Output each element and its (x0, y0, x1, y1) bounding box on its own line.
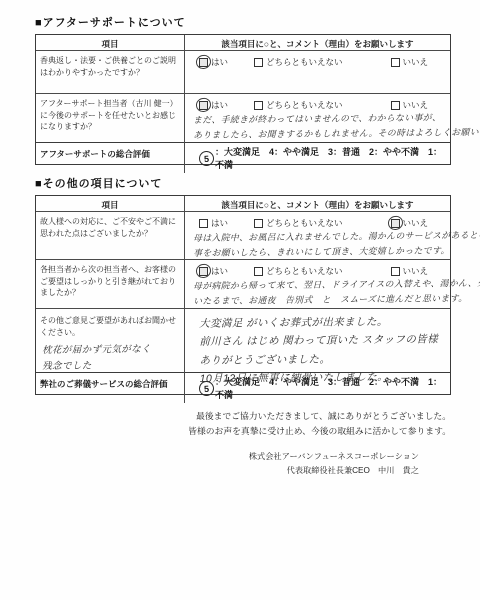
answer-cell: はい どちらともいえない いいえ まだ、手続きが終わってはいませんので、わからな… (185, 94, 480, 144)
answer-cell: はい どちらともいえない いいえ 母は入院中、お風呂に入れませんでした。湯かんの… (185, 212, 480, 262)
option-no: いいえ (391, 56, 429, 68)
table-row: アフターサポート担当者（古川 健一）に今後のサポートを任せたいとお感じになります… (36, 93, 450, 142)
section1-title: ■アフターサポートについて (35, 14, 451, 30)
option-yes: はい (199, 265, 228, 277)
table-row: 故人様への対応に、ご不安やご不満に思われた点はございましたか？ はい どちらとも… (36, 211, 450, 259)
option-group: はい どちらともいえない いいえ (189, 53, 446, 68)
question-text: その他ご意見ご要望があればお聞かせください。 (40, 311, 180, 338)
header-item-col: 項目 (36, 35, 185, 52)
option-yes: はい (199, 56, 228, 68)
rating-scale: 5 ：大変満足 4：やや満足 3：普通 2：やや不満 1：不満 (185, 143, 450, 173)
question-text: 各担当者から次の担当者へ、お客様のご要望はしっかりと引き継がれておりましたか？ (36, 260, 185, 310)
closing-line: 最後までご協力いただきまして、誠にありがとうございました。 (35, 409, 451, 424)
option-yes: はい (199, 99, 228, 111)
checkbox-neutral[interactable] (254, 58, 263, 67)
handwritten-comment: 大変満足 がいくお葬式が出来ました。 前川さん はじめ 関わって頂いた スタッフ… (189, 308, 447, 388)
comment-line: 事をお願いしたら、きれいにして頂き、大変嬉しかったです。 (193, 242, 480, 260)
option-label: はい (211, 265, 228, 277)
comment-line: 前川さん はじめ 関わって頂いた スタッフの皆様 (199, 331, 444, 352)
checkbox-yes[interactable] (199, 219, 208, 228)
company-signature: 株式会社アーバンフューネスコーポレーション 代表取締役社長兼CEO 中川 貴之 (35, 450, 451, 478)
comment-line: いたるまで、お通夜 告別式 と スムーズに進んだと思います。 (193, 290, 480, 308)
note-line: 残念でした (42, 358, 180, 376)
table-header-row: 項目 該当項目に○と、コメント（理由）をお願いします (36, 196, 450, 211)
header-comment-col: 該当項目に○と、コメント（理由）をお願いします (185, 35, 450, 52)
rating-label: アフターサポートの総合評価 (36, 143, 185, 173)
option-yes: はい (199, 217, 228, 229)
option-label: はい (211, 217, 228, 229)
scanned-survey-page: ■アフターサポートについて 項目 該当項目に○と、コメント（理由）をお願いします… (0, 0, 480, 600)
checkbox-neutral[interactable] (254, 267, 263, 276)
table-row: 各担当者から次の担当者へ、お客様のご要望はしっかりと引き継がれておりましたか？ … (36, 259, 450, 308)
handwritten-comment: 母は入院中、お風呂に入れませんでした。湯かんのサービスがあるとの 事をお願いした… (189, 226, 480, 260)
other-items-table: 項目 該当項目に○と、コメント（理由）をお願いします 故人様への対応に、ご不安や… (35, 195, 451, 395)
question-text: 香典返し・法要・ご供養ごとのご説明はわかりやすかったですか？ (36, 51, 185, 93)
document-content: ■アフターサポートについて 項目 該当項目に○と、コメント（理由）をお願いします… (35, 10, 451, 478)
checkbox-yes[interactable] (199, 267, 208, 276)
checkbox-no[interactable] (391, 58, 400, 67)
checkbox-yes[interactable] (199, 58, 208, 67)
option-label: どちらともいえない (266, 56, 343, 68)
after-support-table: 項目 該当項目に○と、コメント（理由）をお願いします 香典返し・法要・ご供養ごと… (35, 34, 451, 165)
table-header-row: 項目 該当項目に○と、コメント（理由）をお願いします (36, 35, 450, 50)
rating-row: アフターサポートの総合評価 5 ：大変満足 4：やや満足 3：普通 2：やや不満… (36, 142, 450, 164)
question-text: 故人様への対応に、ご不安やご不満に思われた点はございましたか？ (36, 212, 185, 262)
table-row: その他ご意見ご要望があればお聞かせください。 枕花が届かず元気がなく 残念でした… (36, 308, 450, 372)
handwritten-comment: 母が病院から帰って来て、翌日、ドライアイスの入替えや、湯かん、火葬後に いたるま… (189, 274, 480, 308)
closing-line: 皆様のお声を真摯に受け止め、今後の取組みに活かして参ります。 (35, 424, 451, 439)
option-neutral: どちらともいえない (254, 56, 343, 68)
answer-cell: はい どちらともいえない いいえ 母が病院から帰って来て、翌日、ドライアイスの入… (185, 260, 480, 310)
comment-line: ありましたら、お聞きするかもしれません。その時はよろしくお願いいたします (193, 124, 480, 142)
question-text: アフターサポート担当者（古川 健一）に今後のサポートを任せたいとお感じになります… (36, 94, 185, 144)
company-name: 株式会社アーバンフューネスコーポレーション (35, 450, 419, 464)
section2-title: ■その他の項目について (35, 175, 451, 191)
header-comment-col: 該当項目に○と、コメント（理由）をお願いします (185, 196, 450, 213)
checkbox-neutral[interactable] (254, 219, 263, 228)
ceo-name: 代表取締役社長兼CEO 中川 貴之 (35, 464, 419, 478)
table-row: 香典返し・法要・ご供養ごとのご説明はわかりやすかったですか？ はい どちらともい… (36, 50, 450, 93)
handwritten-comment: まだ、手続きが終わってはいませんので、わからない事が、 ありましたら、お聞きする… (189, 107, 480, 142)
checkbox-yes[interactable] (199, 101, 208, 110)
header-item-col: 項目 (36, 196, 185, 213)
option-label: はい (211, 99, 228, 111)
handwritten-note: 枕花が届かず元気がなく 残念でした (40, 342, 180, 376)
answer-cell: 大変満足 がいくお葬式が出来ました。 前川さん はじめ 関わって頂いた スタッフ… (185, 309, 450, 391)
closing-message: 最後までご協力いただきまして、誠にありがとうございました。 皆様のお声を真摯に受… (35, 409, 451, 440)
rating-scale-text: ：大変満足 4：やや満足 3：普通 2：やや不満 1：不満 (215, 145, 446, 171)
answer-cell: はい どちらともいえない いいえ (185, 51, 450, 93)
comment-line: 10月12日に無事に納骨いたしました。 (200, 367, 445, 388)
note-line: 枕花が届かず元気がなく (42, 342, 180, 360)
option-label: いいえ (403, 56, 429, 68)
rating-label: 弊社のご葬儀サービスの総合評価 (36, 373, 185, 403)
circled-score: 5 (198, 150, 214, 166)
checkbox-neutral[interactable] (254, 101, 263, 110)
option-label: はい (211, 56, 228, 68)
